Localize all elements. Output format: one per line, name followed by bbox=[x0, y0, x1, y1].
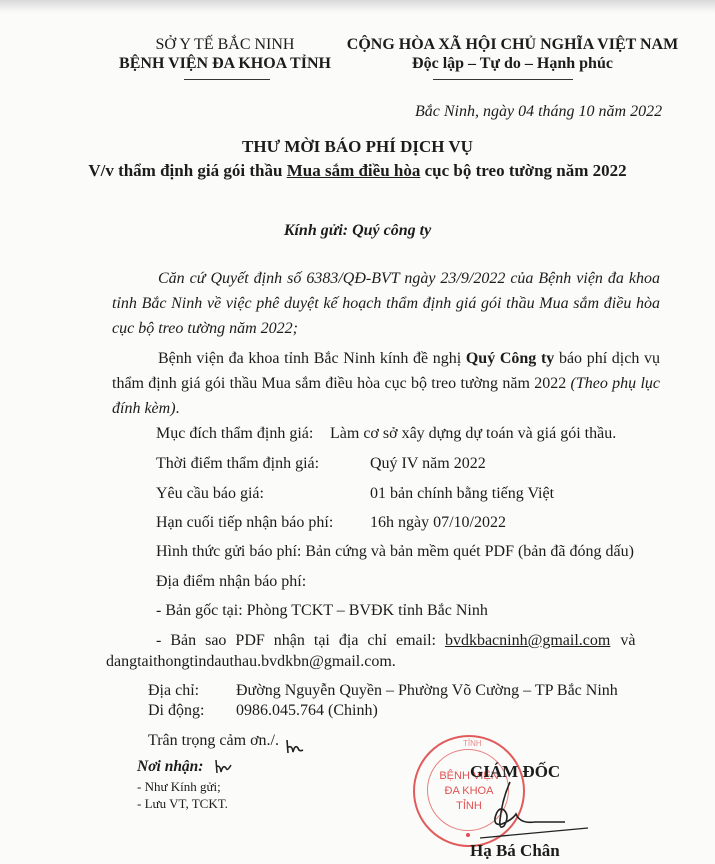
request-paragraph: Bệnh viện đa khoa tỉnh Bắc Ninh kính đề … bbox=[112, 346, 660, 421]
recipient-item: - Lưu VT, TCKT. bbox=[137, 796, 228, 812]
email-primary-link[interactable]: bvdkbacninh@gmail.com bbox=[445, 632, 610, 649]
recipients-title: Nơi nhận: bbox=[137, 758, 203, 776]
place-date: Bắc Ninh, ngày 04 tháng 10 năm 2022 bbox=[415, 103, 662, 121]
mobile-value: 0986.045.764 (Chinh) bbox=[236, 702, 378, 720]
national-title: CỘNG HÒA XÃ HỘI CHỦ NGHĨA VIỆT NAM bbox=[345, 36, 680, 54]
deadline-value: 16h ngày 07/10/2022 bbox=[370, 514, 506, 532]
basis-text: Căn cứ Quyết định số 6383/QĐ-BVT ngày 23… bbox=[112, 270, 660, 337]
closing-text: Trân trọng cảm ơn./. bbox=[148, 732, 279, 750]
address-value: Đường Nguyễn Quyền – Phường Võ Cường – T… bbox=[236, 682, 618, 700]
copy-email-line: - Bản sao PDF nhận tại địa chỉ email: bv… bbox=[156, 632, 651, 650]
time-label: Thời điểm thẩm định giá: bbox=[156, 455, 319, 473]
subject-prefix: V/v thẩm định giá gói thầu bbox=[88, 161, 286, 180]
department-name: SỞ Y TẾ BẮC NINH bbox=[110, 36, 340, 54]
time-value: Quý IV năm 2022 bbox=[370, 455, 486, 473]
stamp-ring-text: TỈNH bbox=[463, 739, 482, 748]
document-title: THƯ MỜI BÁO PHÍ DỊCH VỤ bbox=[0, 137, 715, 157]
initials-mark-icon bbox=[213, 757, 233, 777]
request-prefix: Bệnh viện đa khoa tỉnh Bắc Ninh kính đề … bbox=[158, 350, 466, 367]
send-method: Hình thức gửi báo phí: Bản cứng và bản m… bbox=[156, 543, 634, 561]
header-left-rule bbox=[184, 79, 270, 80]
signatory-position: GIÁM ĐỐC bbox=[470, 762, 560, 782]
purpose-value: Làm cơ sở xây dựng dự toán và giá gói th… bbox=[330, 425, 616, 443]
stamp-star-icon bbox=[466, 833, 470, 837]
quote-requirement-value: 01 bản chính bằng tiếng Việt bbox=[370, 485, 554, 503]
signatory-name: Hạ Bá Chân bbox=[470, 841, 560, 861]
location-label: Địa điểm nhận báo phí: bbox=[156, 573, 306, 591]
hospital-name: BỆNH VIỆN ĐA KHOA TỈNH bbox=[110, 55, 340, 73]
initials-mark-icon bbox=[284, 736, 306, 758]
request-recipient: Quý Công ty bbox=[466, 350, 554, 367]
deadline-label: Hạn cuối tiếp nhận báo phí: bbox=[156, 514, 333, 532]
document-subject: V/v thẩm định giá gói thầu Mua sắm điều … bbox=[0, 161, 715, 181]
national-motto: Độc lập – Tự do – Hạnh phúc bbox=[345, 55, 680, 73]
header-right-rule bbox=[433, 79, 573, 80]
handwritten-signature-icon bbox=[480, 780, 590, 840]
email-secondary[interactable]: dangtaithongtindauthau.bvdkbn@gmail.com. bbox=[106, 653, 396, 671]
recipient-item: - Như Kính gửi; bbox=[137, 779, 221, 795]
salutation: Kính gửi: Quý công ty bbox=[0, 222, 715, 240]
scan-edge-shadow bbox=[0, 0, 715, 14]
copy-and: và bbox=[616, 632, 635, 649]
request-end: . bbox=[176, 400, 180, 417]
address-label: Địa chỉ: bbox=[148, 682, 199, 700]
purpose-label: Mục đích thẩm định giá: bbox=[156, 425, 313, 443]
subject-suffix: cục bộ treo tường năm 2022 bbox=[420, 161, 626, 180]
subject-underlined: Mua sắm điều hòa bbox=[287, 161, 421, 180]
mobile-label: Di động: bbox=[148, 702, 204, 720]
quote-requirement-label: Yêu cầu báo giá: bbox=[156, 485, 264, 503]
copy-prefix: - Bản sao PDF nhận tại địa chỉ email: bbox=[156, 632, 445, 649]
basis-paragraph: Căn cứ Quyết định số 6383/QĐ-BVT ngày 23… bbox=[112, 266, 660, 341]
original-copy-location: - Bản gốc tại: Phòng TCKT – BVĐK tỉnh Bắ… bbox=[156, 602, 488, 620]
